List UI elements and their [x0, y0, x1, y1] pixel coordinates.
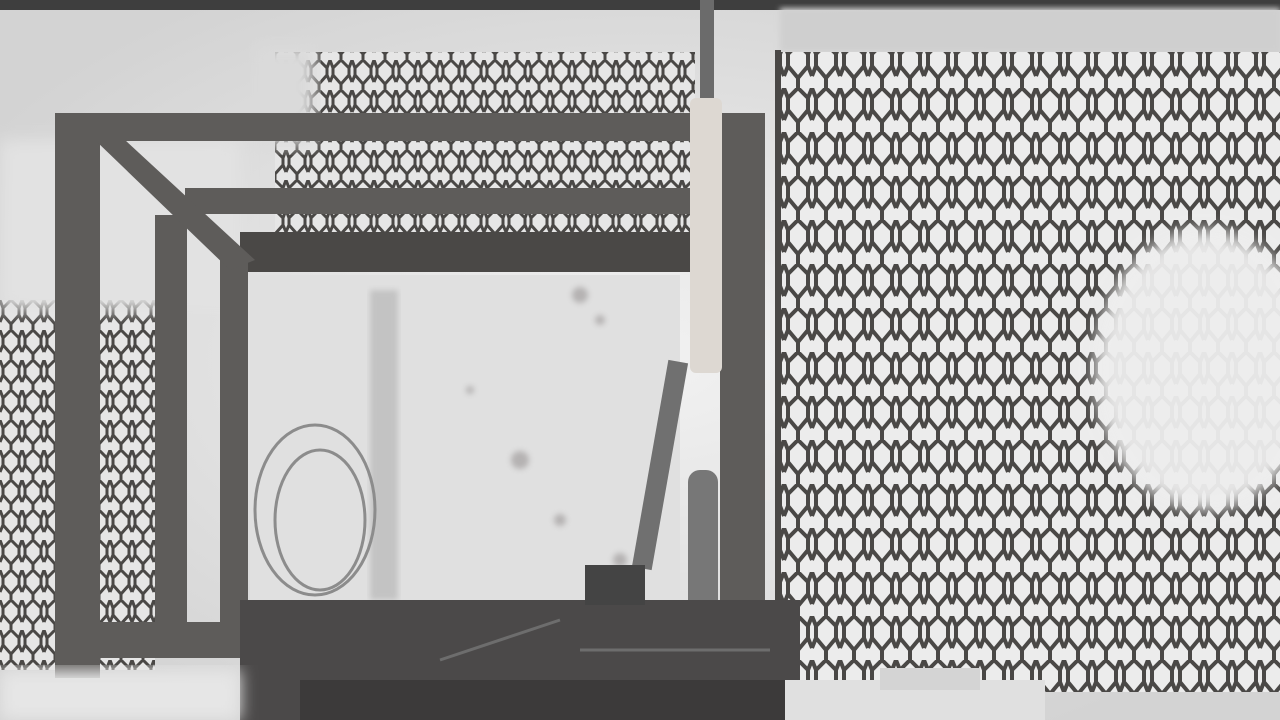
clamp — [688, 470, 718, 620]
pipe-sleeve — [690, 98, 722, 373]
photo-scene — [0, 0, 1280, 720]
tower-platform-photo — [0, 0, 1280, 720]
vertical-pipe — [700, 0, 714, 110]
